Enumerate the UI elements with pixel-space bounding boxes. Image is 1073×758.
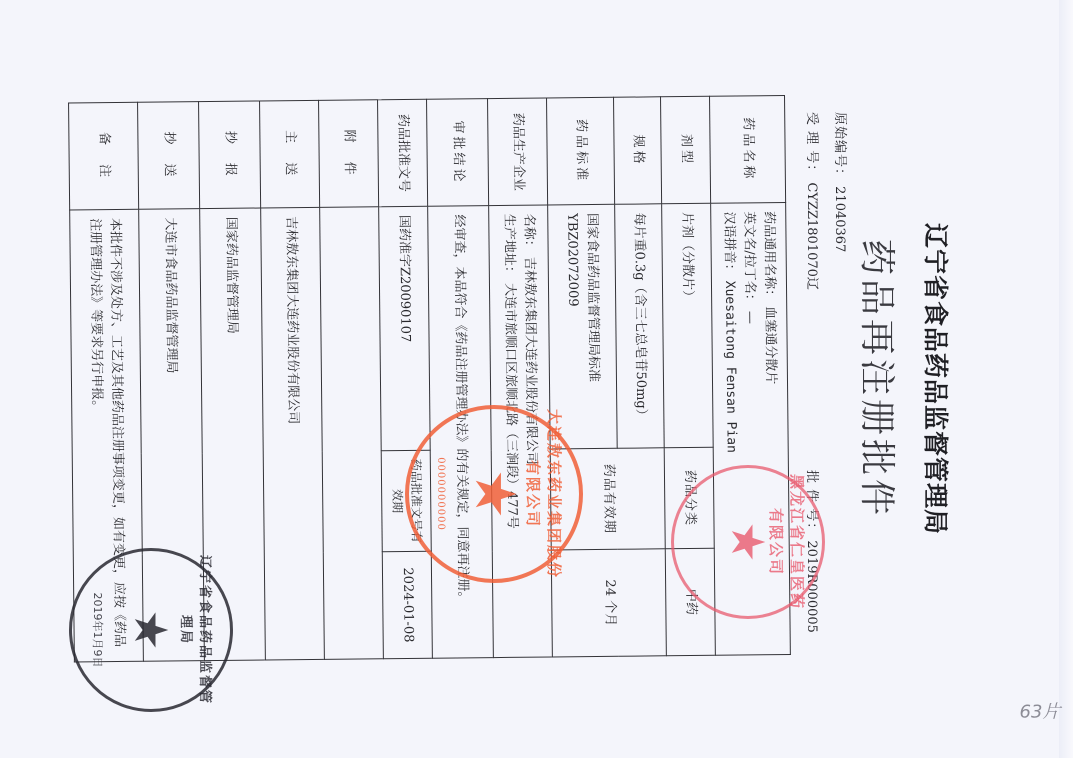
english-name-value: — xyxy=(742,311,757,324)
table-row-copy-report: 抄 报 国家药品监督管理局 xyxy=(199,101,266,661)
acceptance-number: 受 理 号： CYZZ1801070辽 xyxy=(804,112,823,290)
table-row-attachment: 附 件 xyxy=(319,100,384,660)
acceptance-number-value: CYZZ1801070辽 xyxy=(804,182,819,290)
pinyin-value: Xuesaitong Fensan Pian xyxy=(722,281,739,453)
approval-doc-header: 药品批准文号 xyxy=(378,99,428,207)
generic-name-value: 血塞通分散片 xyxy=(762,306,778,384)
standard-code: YBZ02072009 xyxy=(561,213,584,440)
issuer-heading: 辽宁省食品药品监督管理局 xyxy=(919,0,955,758)
copy-report-value: 国家药品监督管理局 xyxy=(200,208,266,661)
document-title: 药品再注册批件 xyxy=(854,0,905,758)
table-row-remarks: 备 注 本批件不涉及处方、工艺及其他药品注册事项变更，如有变更，应按《药品注册管… xyxy=(69,102,144,662)
drug-name-cell: 药品通用名称： 血塞通分散片 英文名/拉丁名： — 汉语拼音： Xuesaito… xyxy=(711,202,791,655)
classification-header: 药品分类 xyxy=(664,447,714,549)
approval-doc-validity-value: 2024-01-08 xyxy=(382,551,432,659)
table-row-drug-name: 药品名称 药品通用名称： 血塞通分散片 英文名/拉丁名： — 汉语拼音： Xue… xyxy=(710,96,791,656)
remarks-value: 本批件不涉及处方、工艺及其他药品注册事项变更，如有变更，应按《药品注册管理办法》… xyxy=(70,209,144,662)
original-number: 原始编号： 21040367 xyxy=(832,112,851,252)
manufacturer-header: 药品生产企业 xyxy=(488,98,548,206)
classification-value: 中药 xyxy=(665,548,715,656)
acceptance-number-label: 受 理 号： xyxy=(804,112,819,178)
standard-header: 药品标准 xyxy=(547,97,615,205)
manufacturer-address-value: 大连市旅顺口区旅顺北路（三涧段）477号 xyxy=(502,283,520,529)
approval-doc-validity-header: 药品批准文号有效期 xyxy=(381,450,431,552)
main-recipient-header: 主 送 xyxy=(260,100,320,208)
table-row-approval-doc: 药品批准文号 国药准字Z20090107 药品批准文号有效期 2024-01-0… xyxy=(378,99,433,658)
manufacturer-address-label: 生产地址： xyxy=(501,214,517,279)
standard-cell: 国家食品药品监督管理局标准 YBZ02072009 xyxy=(548,204,618,449)
attachment-value xyxy=(320,207,384,660)
validity-value: 24 个月 xyxy=(551,549,666,657)
copy-send-value: 大连市食品药品监督管理局 xyxy=(139,209,205,662)
copy-report-header: 抄 报 xyxy=(199,101,261,209)
original-number-label: 原始编号： xyxy=(832,112,847,182)
attachment-header: 附 件 xyxy=(319,100,379,208)
table-row-specification: 规格 每片重0.3g（含三七总皂苷50mg） 药品有效期 24 个月 xyxy=(614,97,667,656)
drug-name-header: 药品名称 xyxy=(710,96,786,204)
table-row-dosage-form: 剂型 片剂（分散片） 药品分类 中药 xyxy=(661,96,716,655)
validity-header: 药品有效期 xyxy=(550,448,665,550)
original-number-value: 21040367 xyxy=(832,186,847,252)
english-name-label: 英文名/拉丁名： xyxy=(741,211,757,307)
table-row-copy-send: 抄 送 大连市食品药品监督管理局 xyxy=(138,102,205,662)
approval-doc-value: 国药准字Z20090107 xyxy=(379,206,431,450)
approval-table: 药品名称 药品通用名称： 血塞通分散片 英文名/拉丁名： — 汉语拼音： Xue… xyxy=(68,95,791,662)
manufacturer-cell: 名称： 吉林敖东集团大连药业股份有限公司 生产地址： 大连市旅顺口区旅顺北路（三… xyxy=(489,205,553,658)
table-row-main-recipient: 主 送 吉林敖东集团大连药业股份有限公司 xyxy=(260,100,325,660)
main-recipient-value: 吉林敖东集团大连药业股份有限公司 xyxy=(261,207,325,660)
specification-value: 每片重0.3g（含三七总皂苷50mg） xyxy=(615,204,665,448)
table-row-conclusion: 审批结论 经审查，本品符合《药品注册管理办法》的有关规定，同意再注册。 xyxy=(427,99,494,659)
manufacturer-name-value: 吉林敖东集团大连药业股份有限公司 xyxy=(522,257,539,465)
approval-number-label: 批 件 号： xyxy=(804,470,819,536)
standard-value: 国家食品药品监督管理局标准 xyxy=(581,213,604,440)
approval-document-page: 辽宁省食品药品监督管理局 药品再注册批件 原始编号： 21040367 受 理 … xyxy=(0,0,1073,758)
table-row-manufacturer: 药品生产企业 名称： 吉林敖东集团大连药业股份有限公司 生产地址： 大连市旅顺口… xyxy=(488,98,553,658)
pinyin-label: 汉语拼音： xyxy=(721,212,737,277)
conclusion-header: 审批结论 xyxy=(427,99,489,207)
approval-number: 批 件 号： 2019R000005 xyxy=(804,470,823,633)
approval-number-value: 2019R000005 xyxy=(804,540,819,633)
remarks-header: 备 注 xyxy=(69,102,139,210)
copy-send-header: 抄 送 xyxy=(138,102,200,210)
handwritten-page-note: 63片 xyxy=(1020,697,1061,723)
generic-name-label: 药品通用名称： xyxy=(761,211,777,302)
specification-header: 规格 xyxy=(614,97,662,204)
dosage-form-header: 剂型 xyxy=(661,96,711,204)
conclusion-value: 经审查，本品符合《药品注册管理办法》的有关规定，同意再注册。 xyxy=(428,206,494,659)
dosage-form-value: 片剂（分散片） xyxy=(662,203,714,447)
manufacturer-name-label: 名称： xyxy=(521,214,536,253)
